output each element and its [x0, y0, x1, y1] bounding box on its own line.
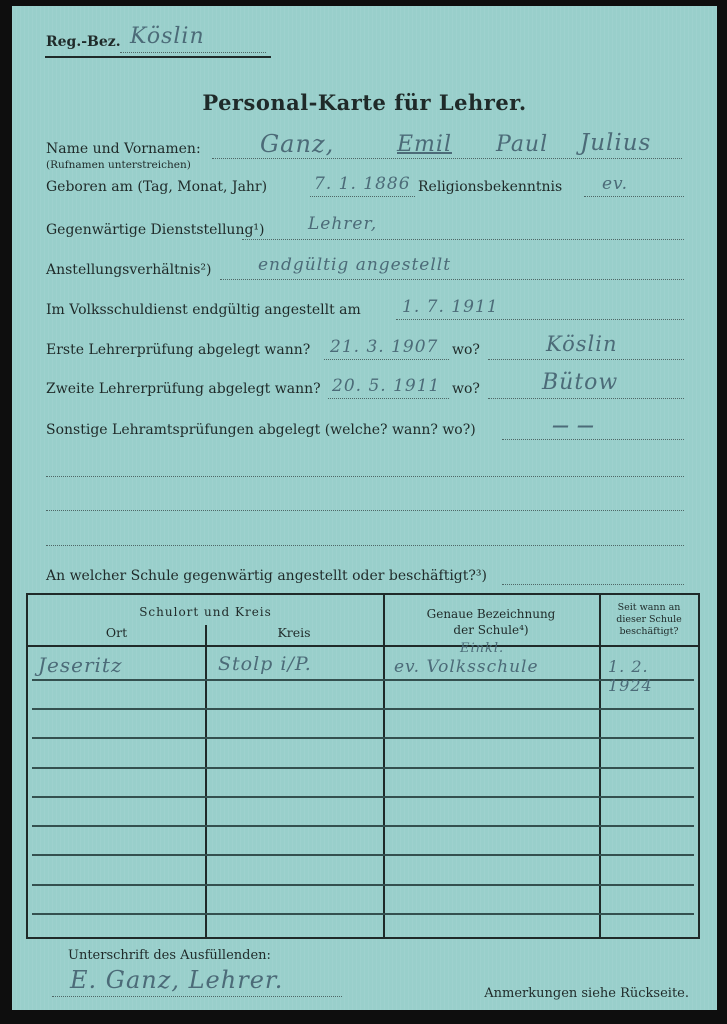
permanent-value: 1. 7. 1911: [402, 297, 499, 317]
footnote-reference: Anmerkungen siehe Rückseite.: [484, 986, 689, 1001]
signature-dotted-line: [52, 996, 342, 997]
other-exams-label: Sonstige Lehramtsprüfungen abgelegt (wel…: [46, 422, 476, 438]
row-rule: [32, 679, 694, 681]
reg-bez-value: Köslin: [130, 24, 205, 49]
row-rule: [32, 708, 694, 710]
permanent-label: Im Volksschuldienst endgültig angestellt…: [46, 302, 361, 318]
blank-line-1: [46, 476, 684, 477]
position-label: Gegenwärtige Dienststellung¹): [46, 222, 265, 238]
header-seit-1: Seit wann an: [599, 602, 699, 614]
school-table: Schulort und Kreis Ort Kreis Genaue Beze…: [26, 593, 700, 939]
first-name-2: Paul: [496, 132, 548, 157]
second-exam-where: Bütow: [542, 370, 618, 395]
religion-value: ev.: [602, 174, 628, 194]
born-label: Geboren am (Tag, Monat, Jahr): [46, 179, 267, 195]
reg-bez-label: Reg.-Bez.: [46, 34, 121, 50]
religion-dotted-line: [584, 196, 684, 197]
other-exams-dotted-line: [502, 439, 684, 440]
cell-seit: 1. 2. 1924: [608, 657, 698, 695]
school-question-label: An welcher Schule gegenwärtig angestellt…: [46, 568, 487, 584]
signature-label: Unterschrift des Ausfüllenden:: [68, 948, 271, 963]
header-rule: [28, 645, 698, 647]
second-exam-date-dotted-line: [328, 398, 449, 399]
position-dotted-line: [242, 239, 684, 240]
first-exam-date-dotted-line: [324, 359, 449, 360]
second-exam-label: Zweite Lehrerprüfung abgelegt wann?: [46, 381, 321, 397]
other-exams-value: — —: [552, 416, 595, 436]
born-value: 7. 1. 1886: [314, 174, 411, 194]
cell-ort: Jeseritz: [38, 653, 122, 677]
header-bezeichnung-1: Genaue Bezeichnung: [383, 607, 599, 622]
reg-bez-underline: [45, 56, 271, 58]
religion-label: Religionsbekenntnis: [418, 179, 562, 195]
header-seit-3: beschäftigt?: [599, 626, 699, 638]
second-exam-date: 20. 5. 1911: [332, 376, 440, 396]
permanent-dotted-line: [396, 319, 684, 320]
personnel-card: Reg.-Bez. Köslin Personal-Karte für Lehr…: [12, 6, 717, 1010]
col-divider: [205, 625, 207, 937]
surname-value: Ganz,: [260, 130, 334, 158]
header-ort: Ort: [28, 625, 205, 641]
signature-value: E. Ganz, Lehrer.: [70, 966, 283, 994]
employment-value: endgültig angestellt: [258, 255, 451, 275]
school-question-dotted-line: [502, 584, 684, 585]
reg-bez-dotted-line: [120, 52, 266, 53]
row-rule: [32, 854, 694, 856]
header-schulort-kreis: Schulort und Kreis: [28, 605, 383, 620]
name-sublabel: (Rufnamen unterstreichen): [46, 159, 191, 171]
first-exam-date: 21. 3. 1907: [330, 337, 438, 357]
first-exam-where-label: wo?: [452, 342, 480, 358]
position-value: Lehrer,: [308, 214, 377, 234]
name-dotted-line: [212, 158, 682, 159]
row-rule: [32, 737, 694, 739]
cell-bezeichnung-top: Einkl.: [460, 641, 504, 656]
first-exam-where-dotted-line: [488, 359, 684, 360]
second-exam-where-dotted-line: [488, 398, 684, 399]
first-exam-label: Erste Lehrerprüfung abgelegt wann?: [46, 342, 310, 358]
first-name-1: Emil: [397, 132, 452, 157]
cell-kreis: Stolp i/P.: [218, 653, 312, 675]
row-rule: [32, 767, 694, 769]
header-bezeichnung-2: der Schule⁴): [383, 623, 599, 638]
employment-dotted-line: [220, 279, 684, 280]
header-kreis: Kreis: [205, 625, 383, 641]
row-rule: [32, 825, 694, 827]
cell-bezeichnung: ev. Volksschule: [394, 657, 539, 677]
card-title: Personal-Karte für Lehrer.: [12, 90, 717, 115]
row-rule: [32, 913, 694, 915]
row-rule: [32, 884, 694, 886]
employment-label: Anstellungsverhältnis²): [46, 262, 211, 278]
blank-line-3: [46, 545, 684, 546]
row-rule: [32, 796, 694, 798]
first-name-3: Julius: [580, 130, 651, 156]
blank-line-2: [46, 510, 684, 511]
second-exam-where-label: wo?: [452, 381, 480, 397]
header-seit-2: dieser Schule: [599, 614, 699, 626]
first-exam-where: Köslin: [546, 332, 618, 356]
name-label: Name und Vornamen:: [46, 141, 201, 157]
born-dotted-line: [310, 196, 415, 197]
